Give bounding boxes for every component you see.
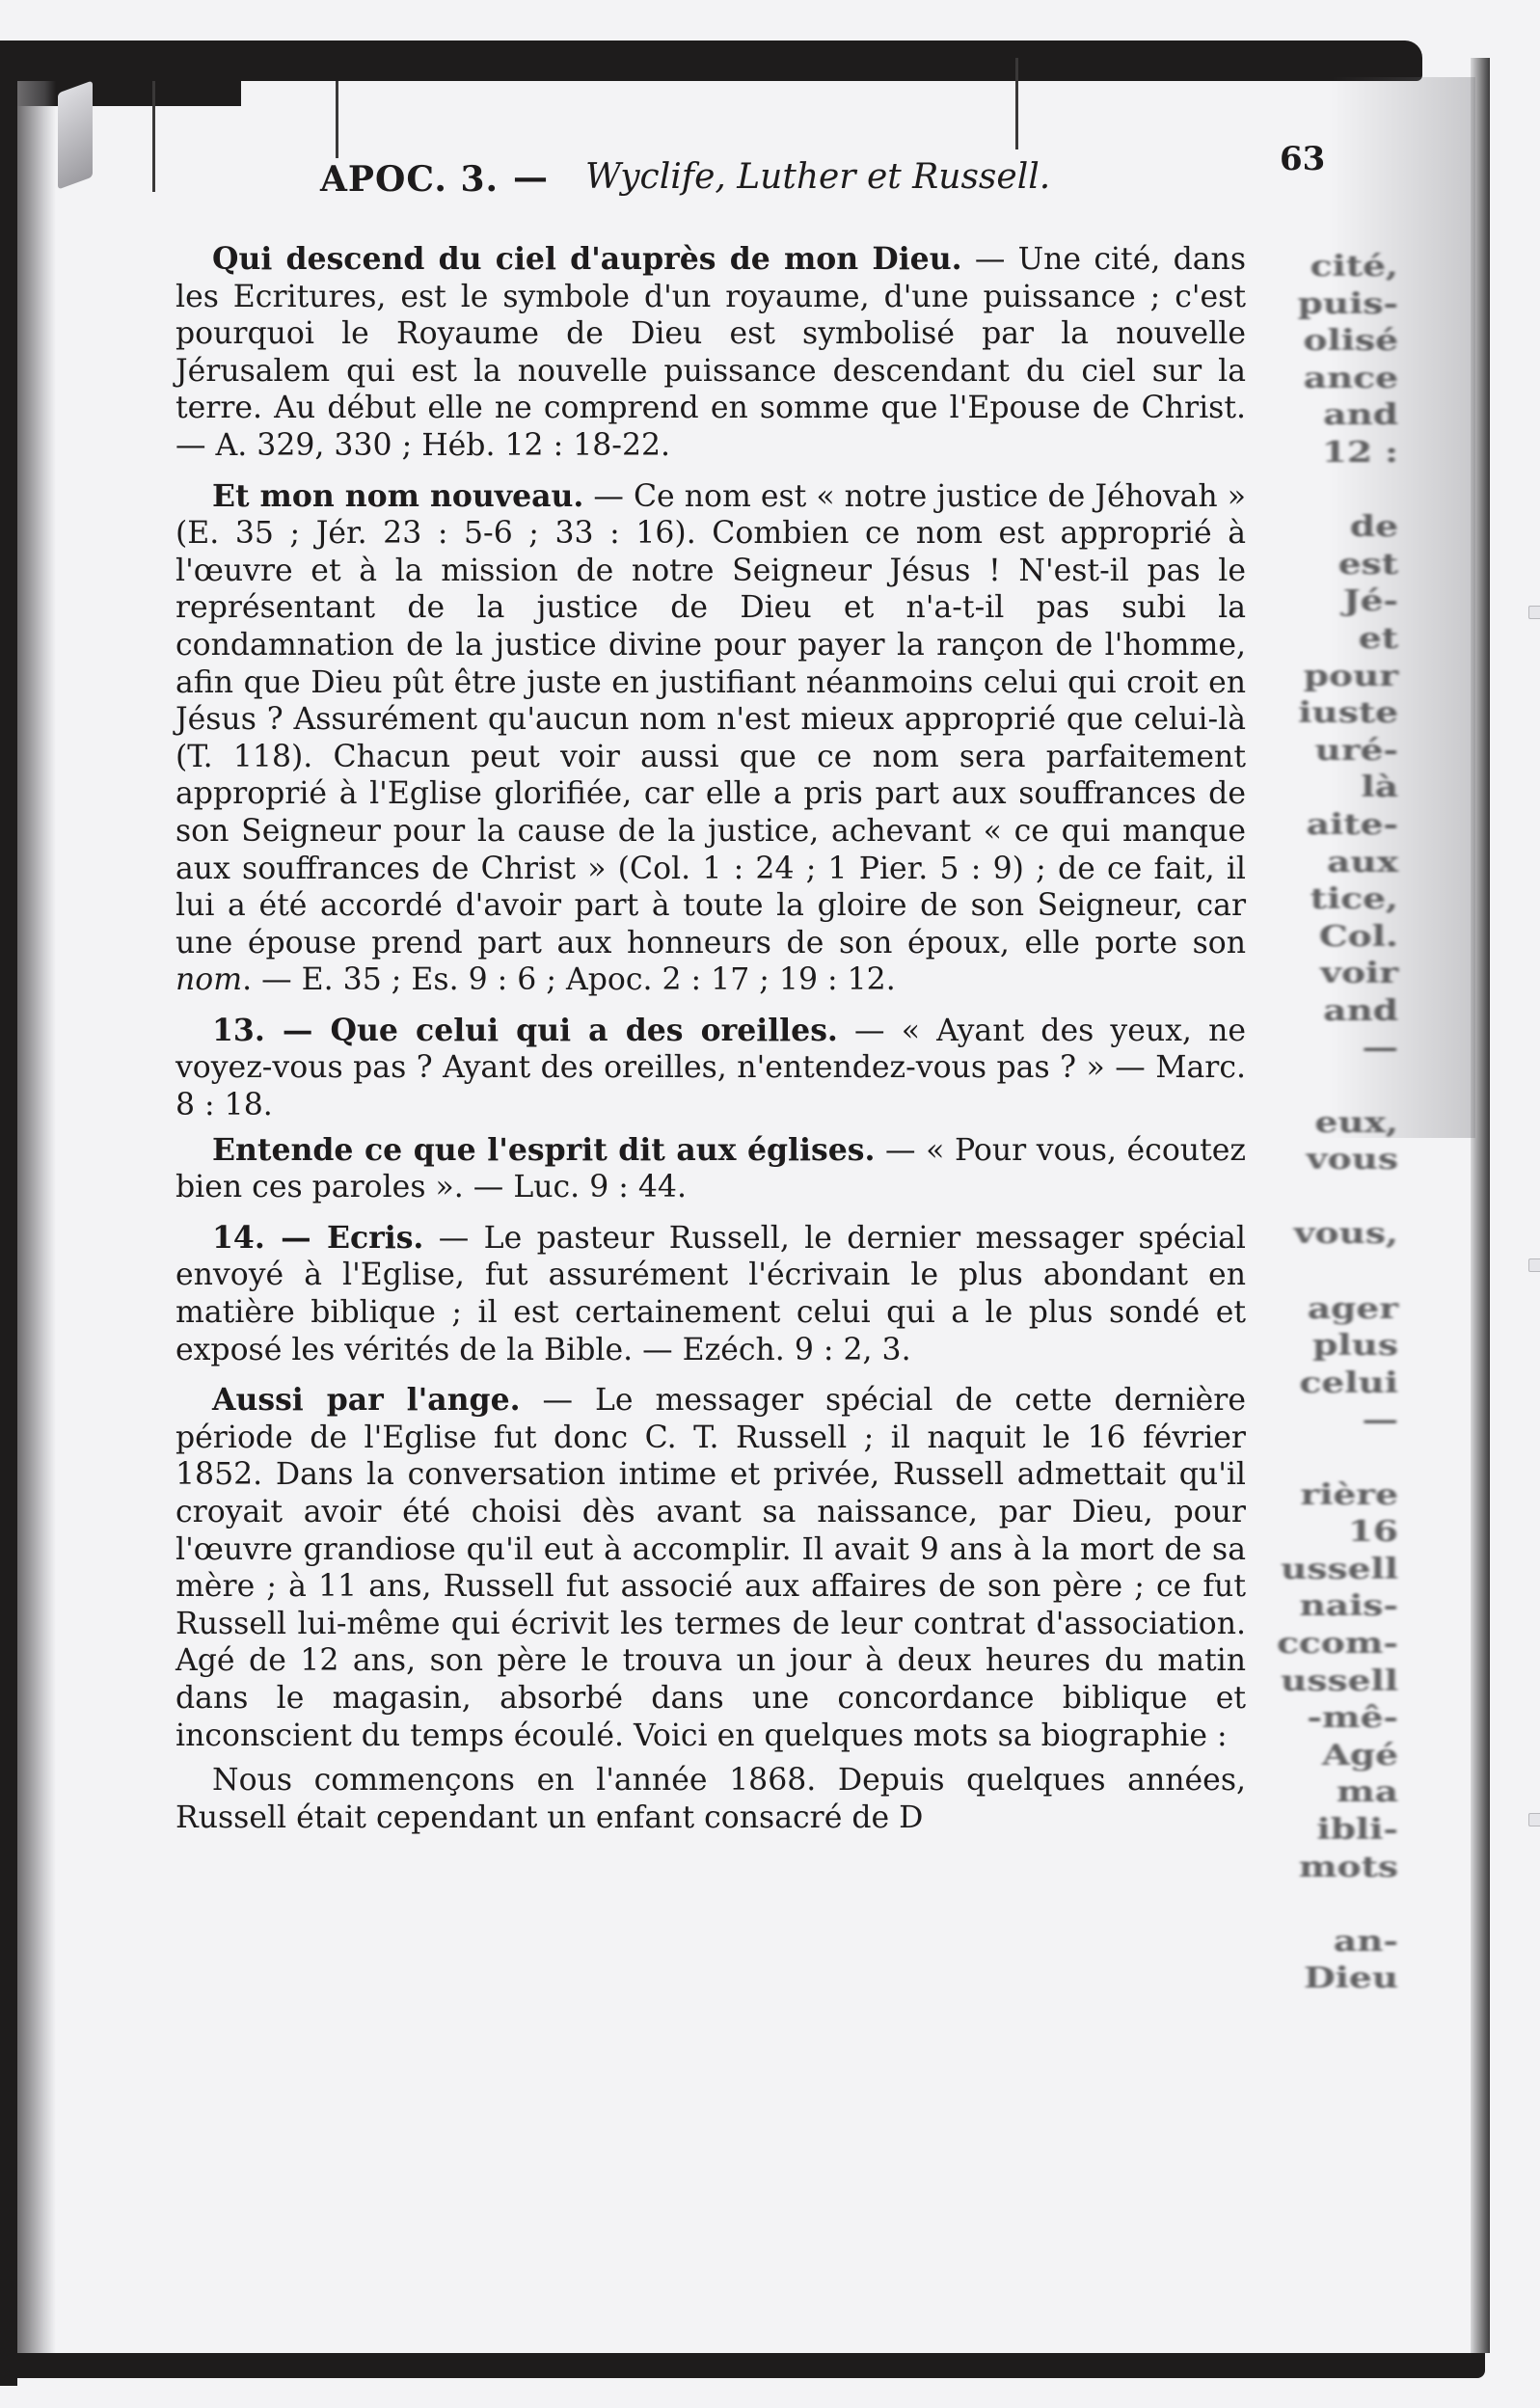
paragraph-verse-14: 14. — Ecris. — Le pasteur Russell, le de… — [176, 1220, 1246, 1368]
scanned-page: APOC. 3. — Wyclife, Luther et Russell. 6… — [0, 0, 1540, 2408]
bleed-line: -mê- — [1254, 1700, 1398, 1738]
bleed-line: aux — [1254, 845, 1398, 882]
bleed-line: tice, — [1254, 881, 1398, 919]
bleed-line: plus — [1254, 1328, 1398, 1366]
paragraph-lead: Qui descend du ciel d'auprès de mon Dieu… — [212, 241, 962, 277]
paragraph-angel: Aussi par l'ange. — Le messager spécial … — [176, 1382, 1246, 1754]
page-fold-corner — [58, 80, 93, 189]
paragraph-lead: 14. — Ecris. — [212, 1220, 423, 1256]
bleed-line — [1254, 1068, 1398, 1105]
paragraph-text: Nous commençons en l'année 1868. Depuis … — [176, 1763, 1246, 1835]
bleed-line: 12 : — [1254, 435, 1398, 473]
bleed-line: voir — [1254, 956, 1398, 993]
bleed-line: et — [1254, 621, 1398, 659]
viewer-scroll-marker[interactable] — [1528, 1258, 1540, 1272]
chapter-title: Wyclife, Luther et Russell. — [585, 157, 1050, 197]
paragraph-lead: Entende ce que l'esprit dit aux églises. — [212, 1132, 875, 1168]
viewer-scroll-marker[interactable] — [1528, 606, 1540, 619]
bleed-through-text: cité,puis-oliséanceand12 : deestJé-etpou… — [1254, 249, 1398, 1998]
bleed-line: — — [1254, 1402, 1398, 1440]
paragraph-text: — Le messager spécial de cette dernière … — [176, 1383, 1246, 1752]
bleed-line — [1254, 1440, 1398, 1477]
bleed-line: ager — [1254, 1291, 1398, 1329]
bleed-line: puis- — [1254, 286, 1398, 324]
bleed-line: Col. — [1254, 919, 1398, 957]
scan-shadow-left — [17, 81, 56, 2376]
bleed-line — [1254, 1179, 1398, 1217]
bleed-line: celui — [1254, 1366, 1398, 1403]
paragraph-text-end: . — E. 35 ; Es. 9 : 6 ; Apoc. 2 : 17 ; 1… — [242, 962, 896, 997]
bleed-line: eux, — [1254, 1105, 1398, 1143]
bleed-line: là — [1254, 770, 1398, 807]
bleed-line: and — [1254, 397, 1398, 435]
bleed-line — [1254, 473, 1398, 510]
paragraph-lead: Aussi par l'ange. — [212, 1382, 521, 1418]
bleed-line: de — [1254, 509, 1398, 547]
header-dash: — — [513, 157, 548, 198]
bleed-line: and — [1254, 993, 1398, 1031]
viewer-scroll-marker[interactable] — [1528, 1813, 1540, 1826]
paragraph-new-name: Et mon nom nouveau. — Ce nom est « notre… — [176, 478, 1246, 999]
bleed-line: cité, — [1254, 249, 1398, 286]
bleed-line: Dieu — [1254, 1961, 1398, 1998]
bleed-line: iuste — [1254, 695, 1398, 733]
bleed-line: rière — [1254, 1477, 1398, 1515]
bleed-line: ussell — [1254, 1552, 1398, 1589]
paragraph-text: — Ce nom est « notre justice de Jéhovah … — [176, 479, 1246, 960]
paragraph-lead: 13. — Que celui qui a des oreilles. — [212, 1013, 838, 1048]
bleed-line — [1254, 1886, 1398, 1924]
bleed-line: est — [1254, 547, 1398, 584]
paragraph-new-jerusalem: Qui descend du ciel d'auprès de mon Dieu… — [176, 241, 1246, 465]
bleed-line: — — [1254, 1030, 1398, 1068]
scan-border-bottom — [0, 2353, 1485, 2378]
book-page: APOC. 3. — Wyclife, Luther et Russell. 6… — [176, 140, 1246, 1850]
bleed-line — [1254, 1254, 1398, 1291]
bleed-line: olisé — [1254, 323, 1398, 361]
bleed-line: nais- — [1254, 1588, 1398, 1626]
page-body: Qui descend du ciel d'auprès de mon Dieu… — [176, 241, 1246, 1836]
bleed-line: ussell — [1254, 1664, 1398, 1701]
running-head: APOC. 3. — Wyclife, Luther et Russell. 6… — [176, 140, 1246, 198]
scan-border-left — [0, 81, 17, 2386]
bleed-line: ma — [1254, 1774, 1398, 1812]
bleed-line: Agé — [1254, 1738, 1398, 1775]
book-reference: APOC. 3. — [320, 159, 499, 200]
bleed-line: 16 — [1254, 1514, 1398, 1552]
bleed-line: an- — [1254, 1924, 1398, 1962]
paragraph-verse-13: 13. — Que celui qui a des oreilles. — « … — [176, 1013, 1246, 1124]
bleed-line: pour — [1254, 659, 1398, 696]
bleed-line: uré- — [1254, 733, 1398, 771]
page-number: 63 — [1280, 140, 1325, 178]
italic-word: nom — [176, 962, 242, 997]
bleed-line: ccom- — [1254, 1626, 1398, 1664]
bleed-line: Jé- — [1254, 583, 1398, 621]
paragraph-lead: Et mon nom nouveau. — [212, 478, 583, 514]
bleed-line: vous, — [1254, 1216, 1398, 1254]
bleed-line: aite- — [1254, 807, 1398, 845]
bleed-line: ance — [1254, 361, 1398, 398]
bleed-line: ibli- — [1254, 1812, 1398, 1850]
paragraph-spirit-churches: Entende ce que l'esprit dit aux églises.… — [176, 1132, 1246, 1206]
scan-streak — [1015, 58, 1018, 149]
scan-streak — [152, 81, 155, 192]
bleed-line: mots — [1254, 1850, 1398, 1887]
paragraph-biography: Nous commençons en l'année 1868. Depuis … — [176, 1762, 1246, 1836]
bleed-line: vous — [1254, 1142, 1398, 1179]
